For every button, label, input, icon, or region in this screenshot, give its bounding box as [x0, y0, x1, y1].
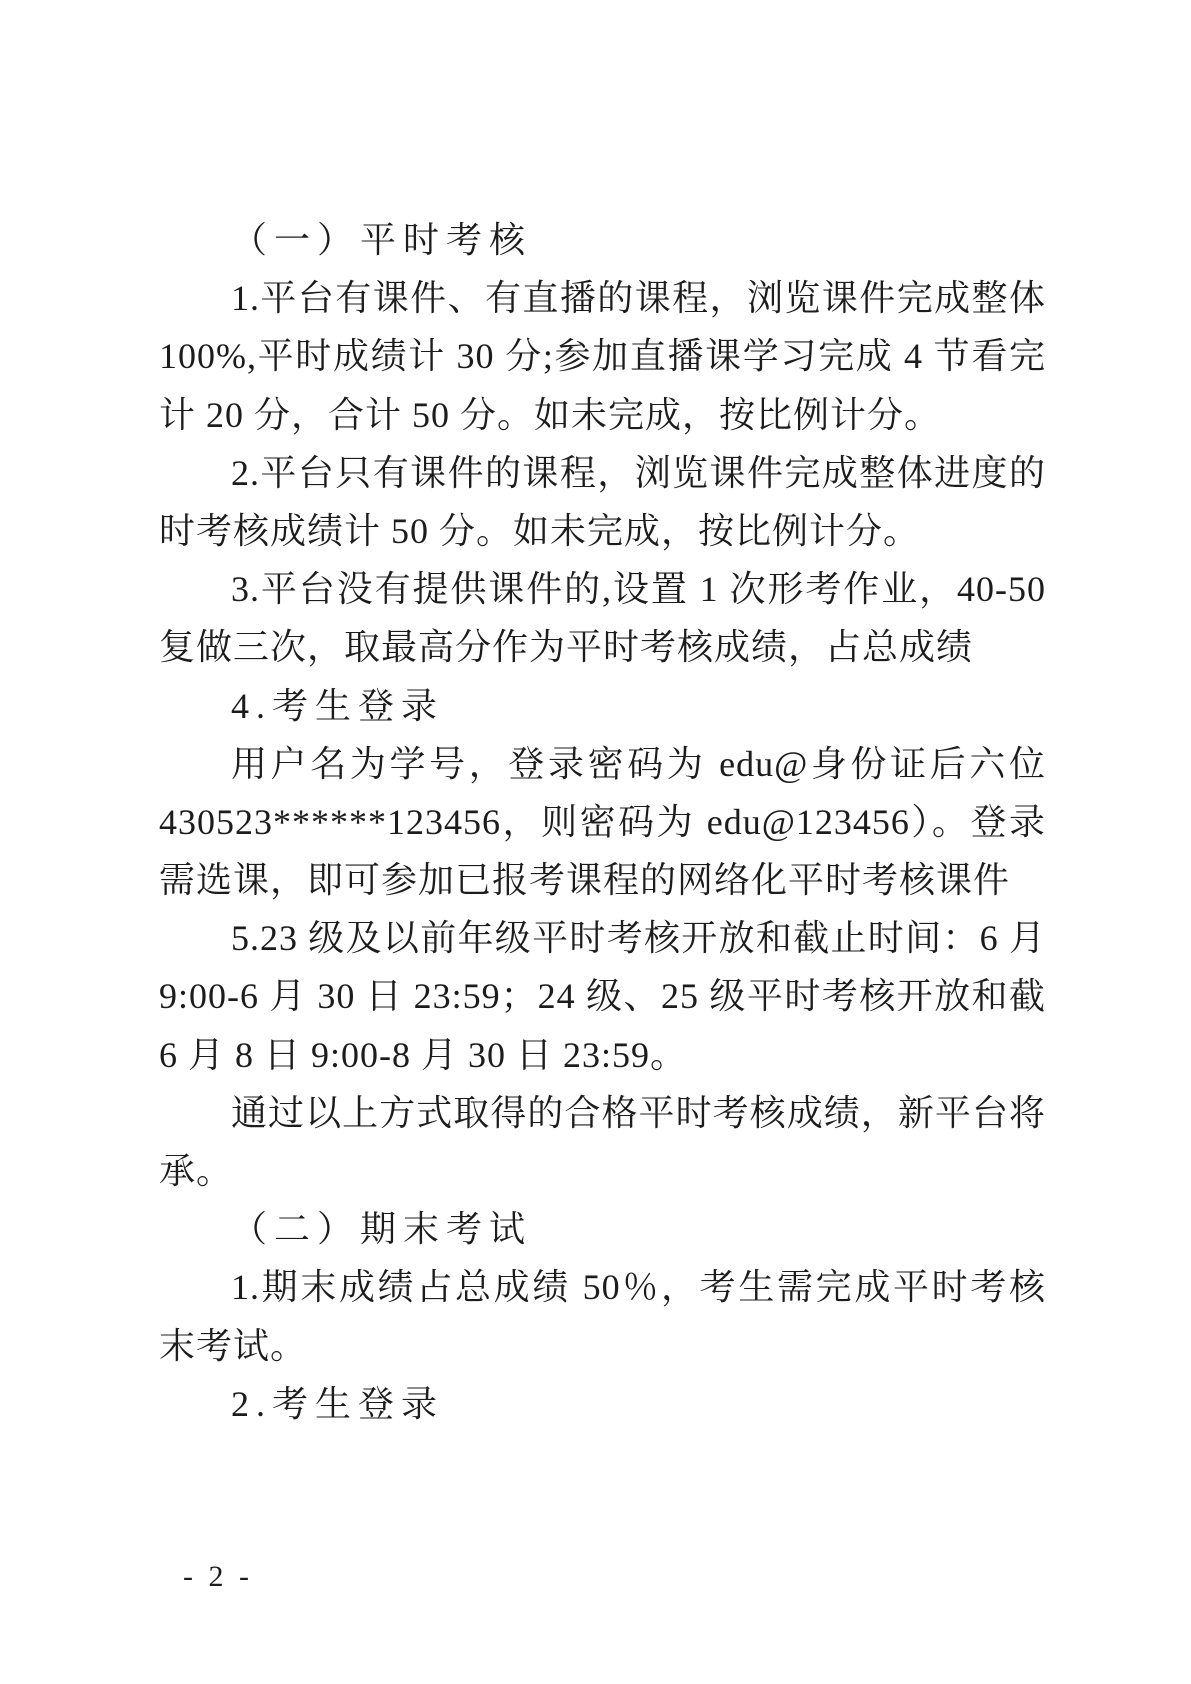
page-number: - 2 -: [183, 1560, 253, 1594]
text-line: 1.平台有课件、有直播的课程，浏览课件完成整体进度的: [159, 269, 1046, 327]
document-page: （一）平时考核 1.平台有课件、有直播的课程，浏览课件完成整体进度的 100%,…: [0, 0, 1191, 1684]
text-line: 承。: [159, 1142, 1046, 1200]
text-line: 1.期末成绩占总成绩 50％，考生需完成平时考核方能参加期: [159, 1258, 1046, 1316]
text-line: 3.平台没有提供课件的,设置 1 次形考作业，40-50 题，可反: [159, 560, 1046, 618]
text-line: 通过以上方式取得的合格平时考核成绩，新平台将予以继: [159, 1084, 1046, 1142]
text-line: 2.平台只有课件的课程，浏览课件完成整体进度的 100%，平: [159, 444, 1046, 502]
text-line: 需选课，即可参加已报考课程的网络化平时考核课件浏览。: [159, 851, 1046, 909]
text-line: 430523******123456，则密码为 edu@123456）。登录平台…: [159, 793, 1046, 851]
section-heading-2: （二）期末考试: [159, 1200, 1046, 1258]
text-line: 100%,平时成绩计 30 分;参加直播课学习完成 4 节看完 180 分钟，: [159, 327, 1046, 385]
text-line: 时考核成绩计 50 分。如未完成，按比例计分。: [159, 502, 1046, 560]
text-line: 9:00-6 月 30 日 23:59；24 级、25 级平时考核开放和截止时间…: [159, 967, 1046, 1025]
text-line: 5.23 级及以前年级平时考核开放和截止时间：6 月 8 日: [159, 909, 1046, 967]
text-line: 复做三次，取最高分作为平时考核成绩，占总成绩 50％。: [159, 618, 1046, 676]
subsection-heading: 2.考生登录: [159, 1375, 1046, 1433]
text-line: 用户名为学号，登录密码为 edu@身份证后六位（如: [159, 735, 1046, 793]
text-line: 6 月 8 日 9:00-8 月 30 日 23:59。: [159, 1026, 1046, 1084]
text-line: 末考试。: [159, 1317, 1046, 1375]
section-heading-1: （一）平时考核: [159, 211, 1046, 269]
subsection-heading: 4.考生登录: [159, 677, 1046, 735]
document-body: （一）平时考核 1.平台有课件、有直播的课程，浏览课件完成整体进度的 100%,…: [159, 211, 1046, 1433]
text-line: 计 20 分，合计 50 分。如未完成，按比例计分。: [159, 386, 1046, 444]
